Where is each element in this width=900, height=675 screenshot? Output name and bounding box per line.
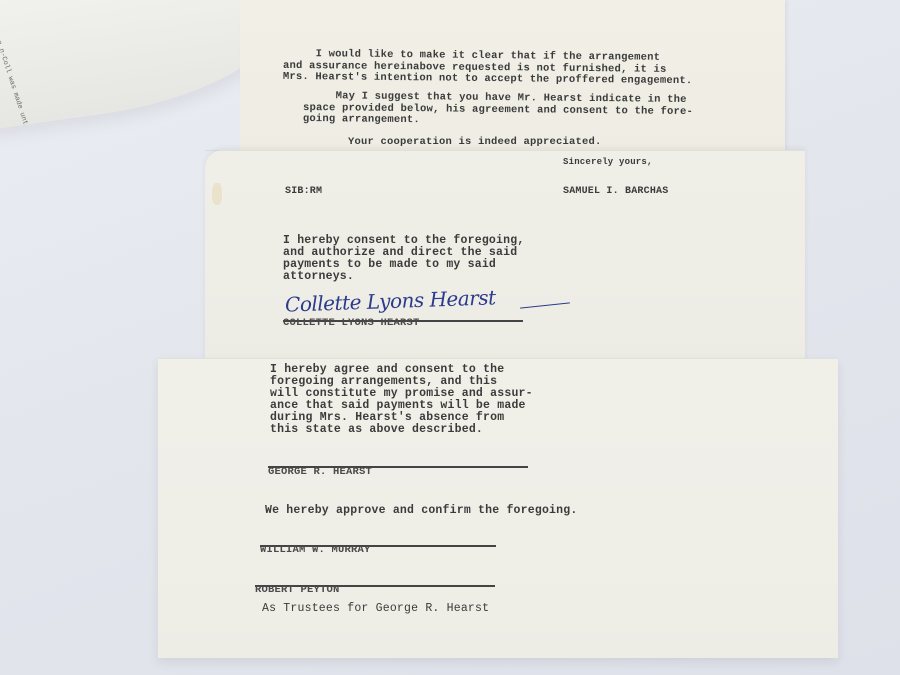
letter-paragraph-3: Your cooperation is indeed appreciated. xyxy=(348,137,602,149)
murray-name-label: WILLIAM W. MURRAY xyxy=(260,545,371,557)
collette-name-label: COLLETTE LYONS HEARST xyxy=(283,318,420,330)
fold-line-upper xyxy=(205,150,805,151)
trustees-approval-text: We hereby approve and confirm the forego… xyxy=(265,505,577,517)
typist-initials: SIB:RM xyxy=(285,186,322,198)
sender-name: SAMUEL I. BARCHAS xyxy=(563,186,668,198)
george-consent-text: I hereby agree and consent to the forego… xyxy=(270,364,533,436)
letter-paragraph-1: I would like to make it clear that if th… xyxy=(283,49,693,88)
letter-paragraph-2: May I suggest that you have Mr. Hearst i… xyxy=(303,91,693,130)
fold-line-lower xyxy=(158,358,838,359)
trustees-caption: As Trustees for George R. Hearst xyxy=(262,603,489,615)
letter-closing: Sincerely yours, xyxy=(563,157,653,169)
background-page-text: ation n-Coll was made unt xyxy=(0,24,9,65)
peyton-name-label: ROBERT PEYTON xyxy=(255,585,340,597)
george-name-label: GEORGE R. HEARST xyxy=(268,467,372,479)
collette-consent-text: I hereby consent to the foregoing, and a… xyxy=(283,235,524,283)
paper-stain xyxy=(212,183,222,205)
